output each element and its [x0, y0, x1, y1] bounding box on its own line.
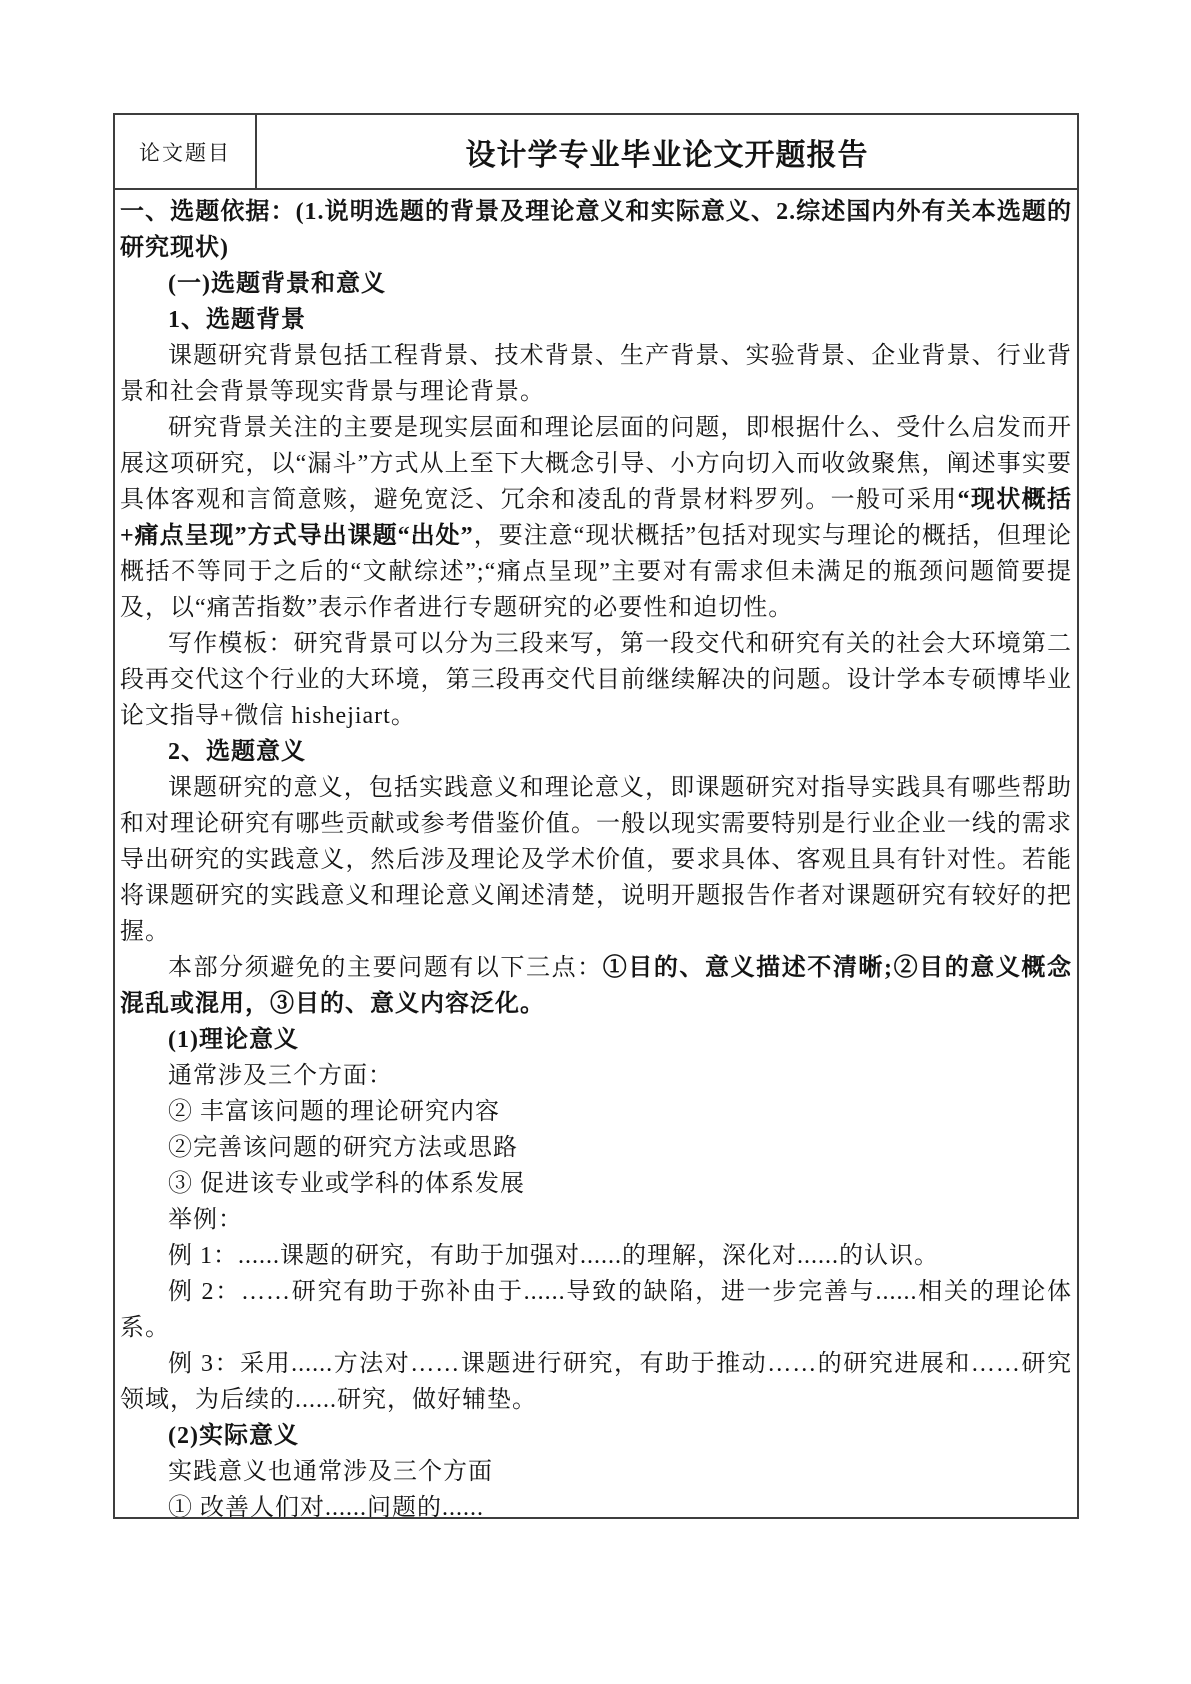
paragraph: 研究背景关注的主要是现实层面和理论层面的问题，即根据什么、受什么启发而开展这项研… — [120, 410, 1072, 626]
text-run: 1、选题背景 — [168, 307, 306, 333]
list-item: ③ 促进该专业或学科的体系发展 — [120, 1166, 1072, 1202]
subheading-topic-significance: 2、选题意义 — [120, 734, 1072, 770]
list-item: ① 改善人们对......问题的...... — [120, 1490, 1072, 1517]
text-run: 实践意义也通常涉及三个方面 — [168, 1459, 493, 1485]
list-item: ②完善该问题的研究方法或思路 — [120, 1130, 1072, 1166]
text-run: 一、选题依据：(1.说明选题的背景及理论意义和实际意义、2.综述国内外有关本选题… — [120, 199, 1072, 261]
text-run: 课题研究的意义，包括实践意义和理论意义，即课题研究对指导实践具有哪些帮助和对理论… — [120, 775, 1072, 945]
text-run: 例 1：......课题的研究，有助于加强对......的理解，深化对.....… — [168, 1243, 939, 1269]
paragraph: 实践意义也通常涉及三个方面 — [120, 1454, 1072, 1490]
paragraph: 写作模板：研究背景可以分为三段来写，第一段交代和研究有关的社会大环境第二段再交代… — [120, 626, 1072, 734]
text-run: 课题研究背景包括工程背景、技术背景、生产背景、实验背景、企业背景、行业背景和社会… — [120, 343, 1072, 405]
title-row: 论文题目 设计学专业毕业论文开题报告 — [115, 115, 1077, 190]
thesis-title-label-cell: 论文题目 — [115, 115, 257, 188]
example-item: 例 2：……研究有助于弥补由于......导致的缺陷，进一步完善与......相… — [120, 1274, 1072, 1346]
text-run: (1)理论意义 — [168, 1027, 299, 1053]
text-run: 举例： — [168, 1207, 243, 1233]
report-title-cell: 设计学专业毕业论文开题报告 — [257, 115, 1077, 188]
paragraph: 本部分须避免的主要问题有以下三点：①目的、意义描述不清晰;②目的意义概念混乱或混… — [120, 950, 1072, 1022]
example-item: 例 3：采用......方法对……课题进行研究，有助于推动……的研究进展和……研… — [120, 1346, 1072, 1418]
text-run: (2)实际意义 — [168, 1423, 299, 1449]
paragraph: 通常涉及三个方面： — [120, 1058, 1072, 1094]
text-run: ③ 促进该专业或学科的体系发展 — [168, 1171, 525, 1197]
text-run: 写作模板：研究背景可以分为三段来写，第一段交代和研究有关的社会大环境第二段再交代… — [120, 631, 1072, 729]
text-run: 2、选题意义 — [168, 739, 306, 765]
section-content: 一、选题依据：(1.说明选题的背景及理论意义和实际意义、2.综述国内外有关本选题… — [115, 190, 1077, 1517]
example-item: 例 1：......课题的研究，有助于加强对......的理解，深化对.....… — [120, 1238, 1072, 1274]
text-run: ②完善该问题的研究方法或思路 — [168, 1135, 518, 1161]
text-run: 通常涉及三个方面： — [168, 1063, 393, 1089]
subheading-theoretical-significance: (1)理论意义 — [120, 1022, 1072, 1058]
paragraph: 课题研究的意义，包括实践意义和理论意义，即课题研究对指导实践具有哪些帮助和对理论… — [120, 770, 1072, 950]
text-run: (一)选题背景和意义 — [168, 271, 386, 297]
opening-report-table: 论文题目 设计学专业毕业论文开题报告 一、选题依据：(1.说明选题的背景及理论意… — [113, 113, 1079, 1519]
paragraph: 举例： — [120, 1202, 1072, 1238]
thesis-title-label: 论文题目 — [139, 137, 231, 167]
text-run: 例 2：……研究有助于弥补由于......导致的缺陷，进一步完善与......相… — [120, 1279, 1072, 1341]
subheading-background-and-significance: (一)选题背景和意义 — [120, 266, 1072, 302]
text-run: ① 改善人们对......问题的...... — [168, 1495, 484, 1517]
text-run: ② 丰富该问题的理论研究内容 — [168, 1099, 500, 1125]
text-run: 本部分须避免的主要问题有以下三点： — [168, 955, 603, 981]
section-heading: 一、选题依据：(1.说明选题的背景及理论意义和实际意义、2.综述国内外有关本选题… — [120, 194, 1072, 266]
list-item: ② 丰富该问题的理论研究内容 — [120, 1094, 1072, 1130]
report-title: 设计学专业毕业论文开题报告 — [466, 130, 869, 174]
text-run: 研究背景关注的主要是现实层面和理论层面的问题，即根据什么、受什么启发而开展这项研… — [120, 415, 1072, 513]
paragraph: 课题研究背景包括工程背景、技术背景、生产背景、实验背景、企业背景、行业背景和社会… — [120, 338, 1072, 410]
text-run: 例 3：采用......方法对……课题进行研究，有助于推动……的研究进展和……研… — [120, 1351, 1072, 1413]
subheading-topic-background: 1、选题背景 — [120, 302, 1072, 338]
subheading-practical-significance: (2)实际意义 — [120, 1418, 1072, 1454]
